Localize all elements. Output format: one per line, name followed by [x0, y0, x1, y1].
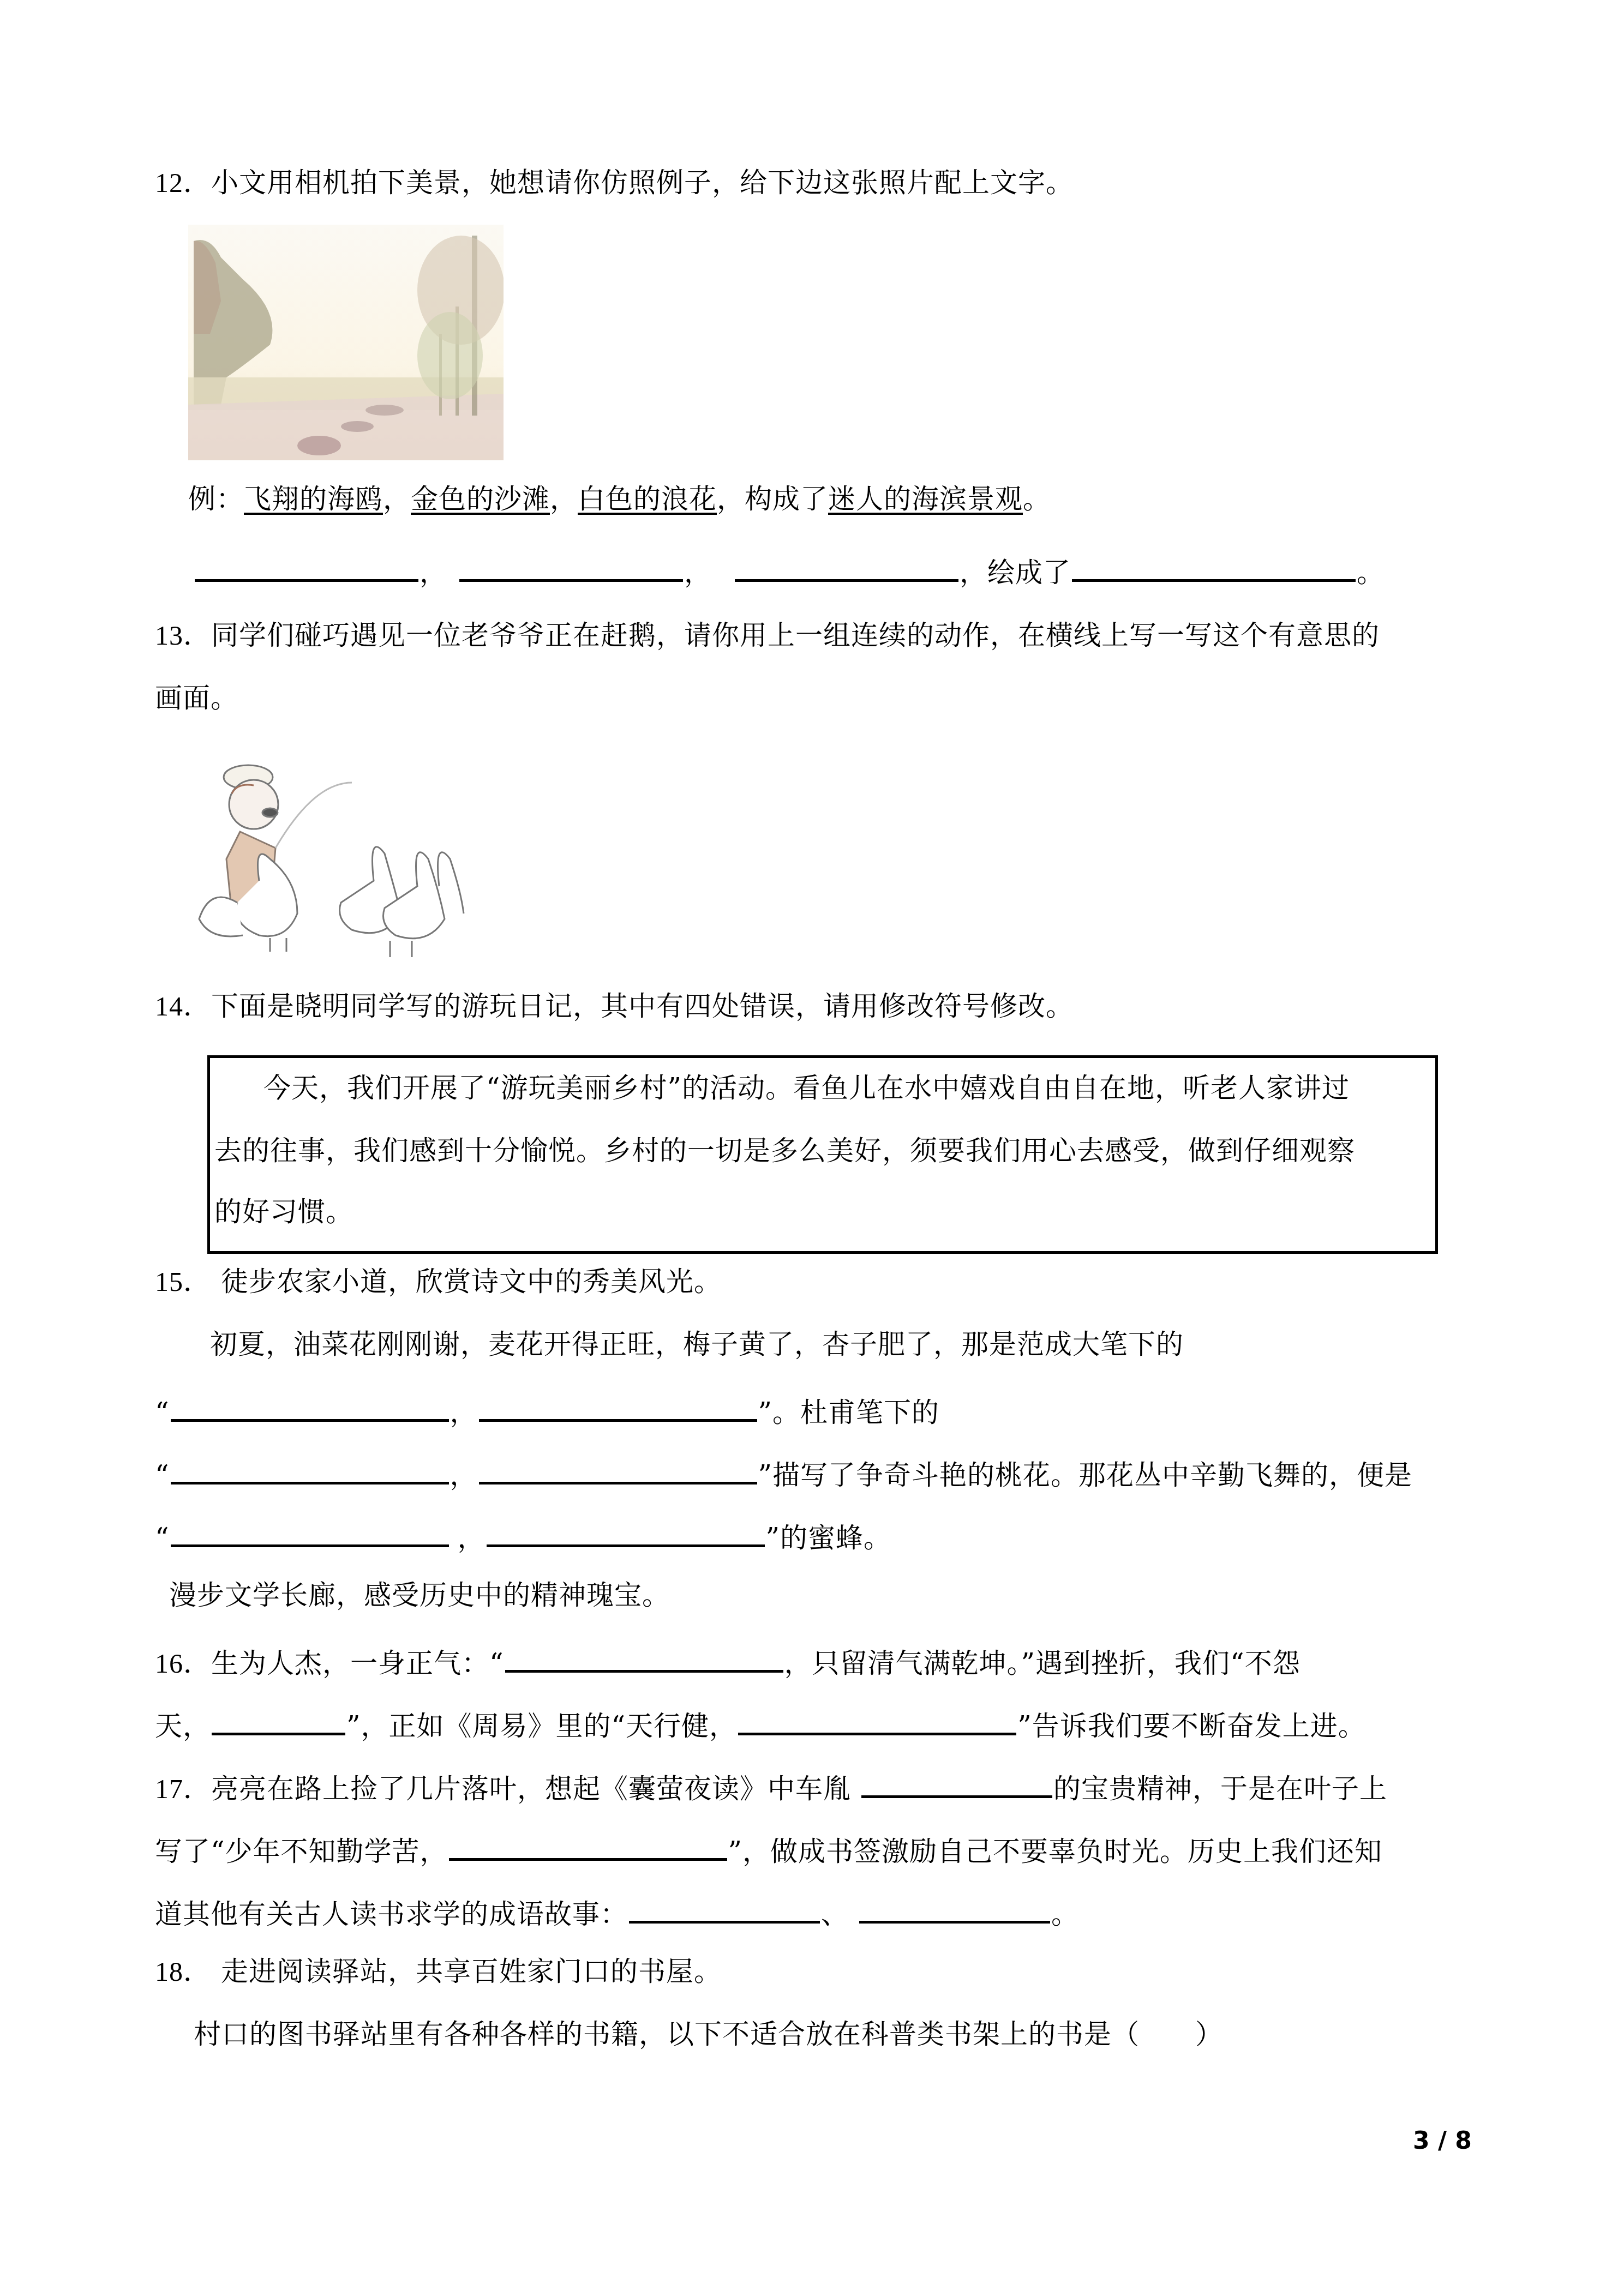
q12-answer-row: ，，，绘成了。 [194, 551, 1385, 589]
q15-line4: “，”的蜜蜂。 [155, 1516, 891, 1554]
q12-answer-blank-4[interactable] [1072, 551, 1356, 582]
q15-blank-2[interactable] [479, 1391, 757, 1422]
q13-prompt-line1: 13．同学们碰巧遇见一位老爷爷正在赶鹅，请你用上一组连续的动作，在横线上写一写这… [155, 619, 1380, 652]
diary-line-2: 去的往事，我们感到十分愉悦。乡村的一切是多么美好，须要我们用心去感受，做到仔细观… [214, 1134, 1355, 1167]
q18-question: 村口的图书驿站里有各种各样的书籍，以下不适合放在科普类书架上的书是（ ） [194, 2018, 1223, 2051]
section-heading: 漫步文学长廊，感受历史中的精神瑰宝。 [169, 1579, 670, 1612]
q18-prompt: 18．走进阅读驿站，共享百姓家门口的书屋。 [155, 1955, 722, 1988]
q16-blank-3[interactable] [738, 1704, 1016, 1735]
q16-line2: 天，”，正如《周易》里的“天行健，”告诉我们要不断奋发上进。 [155, 1704, 1366, 1742]
q17-line3: 道其他有关古人读书求学的成语故事：、 。 [155, 1892, 1079, 1931]
diary-text-box: 今天，我们开展了“游玩美丽乡村”的活动。看鱼儿在水中嬉戏自由自在地，听老人家讲过… [207, 1055, 1438, 1254]
q12-example: 例：飞翔的海鸥，金色的沙滩，白色的浪花，构成了迷人的海滨景观。 [188, 483, 1051, 515]
old-man-herding-geese-illustration [188, 750, 472, 968]
q16-line1: 16．生为人杰，一身正气：“，只留清气满乾坤。”遇到挫折，我们“不怨 [155, 1642, 1301, 1680]
question-number: 18． [155, 1956, 211, 1987]
landscape-photo [188, 225, 504, 460]
q16-blank-1[interactable] [505, 1642, 783, 1673]
exam-page: 12．小文用相机拍下美景，她想请你仿照例子，给下边这张照片配上文字。 [0, 0, 1624, 2296]
q12-answer-blank-1[interactable] [195, 551, 418, 582]
q17-line2: 写了“少年不知勤学苦，”，做成书签激励自己不要辜负时光。历史上我们还知 [155, 1830, 1382, 1868]
q16-blank-2[interactable] [212, 1704, 345, 1735]
q15-blank-5[interactable] [171, 1516, 449, 1547]
question-number: 16． [155, 1648, 211, 1679]
q13-prompt-line2: 画面。 [155, 682, 238, 714]
q15-blank-4[interactable] [479, 1453, 757, 1484]
q15-blank-1[interactable] [171, 1391, 449, 1422]
q17-line1: 17．亮亮在路上捡了几片落叶，想起《囊萤夜读》中车胤 的宝贵精神，于是在叶子上 [155, 1767, 1387, 1805]
q17-blank-4[interactable] [859, 1892, 1050, 1924]
question-number: 12． [155, 167, 211, 198]
q12-answer-blank-3[interactable] [735, 551, 958, 582]
q17-blank-1[interactable] [861, 1767, 1052, 1798]
q17-blank-3[interactable] [629, 1892, 820, 1924]
question-number: 14． [155, 991, 211, 1021]
question-number: 15． [155, 1266, 211, 1297]
question-number: 17． [155, 1774, 211, 1804]
q12-prompt: 12．小文用相机拍下美景，她想请你仿照例子，给下边这张照片配上文字。 [155, 166, 1074, 199]
diary-line-1: 今天，我们开展了“游玩美丽乡村”的活动。看鱼儿在水中嬉戏自由自在地，听老人家讲过 [263, 1072, 1350, 1104]
q17-blank-2[interactable] [449, 1830, 727, 1861]
page-number: 3 / 8 [1413, 2127, 1472, 2155]
q15-blank-6[interactable] [487, 1516, 765, 1547]
q12-answer-blank-2[interactable] [459, 551, 683, 582]
q15-paragraph-line1: 初夏，油菜花刚刚谢，麦花开得正旺，梅子黄了，杏子肥了，那是范成大笔下的 [210, 1328, 1184, 1361]
question-number: 13． [155, 620, 211, 651]
q15-line2: “，”。杜甫笔下的 [155, 1391, 939, 1429]
q15-blank-3[interactable] [171, 1453, 449, 1484]
q15-line3: “，”描写了争奇斗艳的桃花。那花丛中辛勤飞舞的，便是 [155, 1453, 1412, 1492]
q15-prompt: 15．徒步农家小道，欣赏诗文中的秀美风光。 [155, 1265, 722, 1298]
diary-line-3: 的好习惯。 [214, 1195, 353, 1228]
q14-prompt: 14．下面是晓明同学写的游玩日记，其中有四处错误，请用修改符号修改。 [155, 990, 1074, 1023]
